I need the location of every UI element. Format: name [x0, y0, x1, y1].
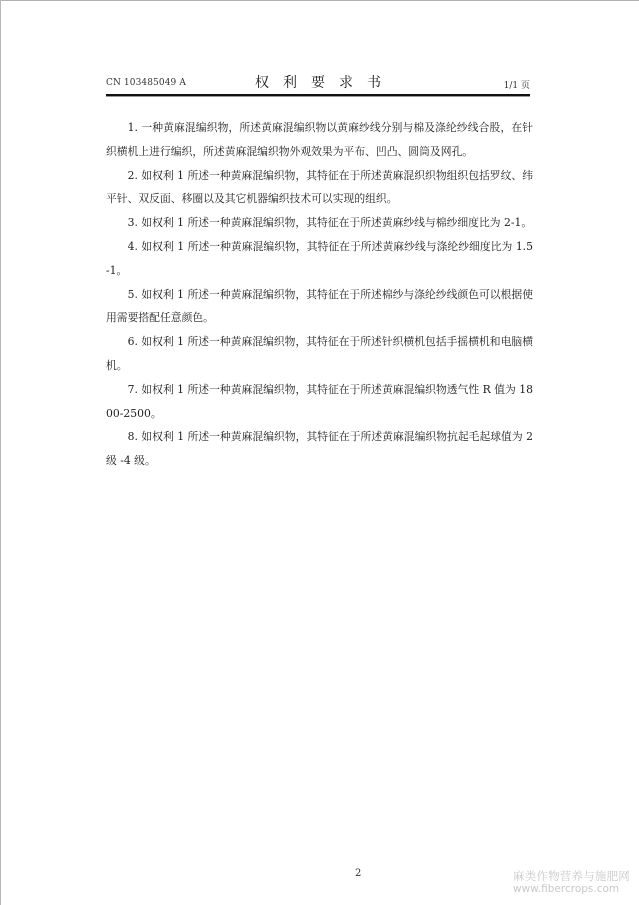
page-border-left [0, 0, 1, 905]
watermark-site-name: 麻类作物营养与施肥网 [513, 870, 630, 883]
claim-7: 7. 如权利 1 所述一种黄麻混编织物，其特征在于所述黄麻混编织物透气性 R 值… [106, 378, 533, 426]
document-header: CN 103485049 A 权利要求书 1/1 页 [106, 76, 530, 92]
claim-5: 5. 如权利 1 所述一种黄麻混编织物，其特征在于所述棉纱与涤纶纱线颜色可以根据… [106, 283, 533, 331]
claim-1: 1. 一种黄麻混编织物，所述黄麻混编织物以黄麻纱线分别与棉及涤纶纱线合股，在针织… [106, 116, 533, 164]
header-rule-thin [106, 96, 530, 97]
claim-8: 8. 如权利 1 所述一种黄麻混编织物，其特征在于所述黄麻混编织物抗起毛起球值为… [106, 425, 533, 473]
claim-4: 4. 如权利 1 所述一种黄麻混编织物，其特征在于所述黄麻纱线与涤纶纱细度比为 … [106, 235, 533, 283]
page-border-top [0, 0, 639, 1]
claims-list: 1. 一种黄麻混编织物，所述黄麻混编织物以黄麻纱线分别与棉及涤纶纱线合股，在针织… [106, 116, 533, 473]
watermark-url: www.fibercrops.com [513, 883, 630, 896]
claim-6: 6. 如权利 1 所述一种黄麻混编织物，其特征在于所述针织横机包括手摇横机和电脑… [106, 330, 533, 378]
document-title: 权利要求书 [106, 72, 530, 92]
claim-2: 2. 如权利 1 所述一种黄麻混编织物，其特征在于所述黄麻混织织物组织包括罗纹、… [106, 164, 533, 212]
page-info: 1/1 页 [504, 78, 530, 91]
watermark: 麻类作物营养与施肥网 www.fibercrops.com [513, 870, 630, 896]
page-number: 2 [355, 868, 361, 879]
claim-3: 3. 如权利 1 所述一种黄麻混编织物，其特征在于所述黄麻纱线与棉纱细度比为 2… [106, 211, 533, 235]
